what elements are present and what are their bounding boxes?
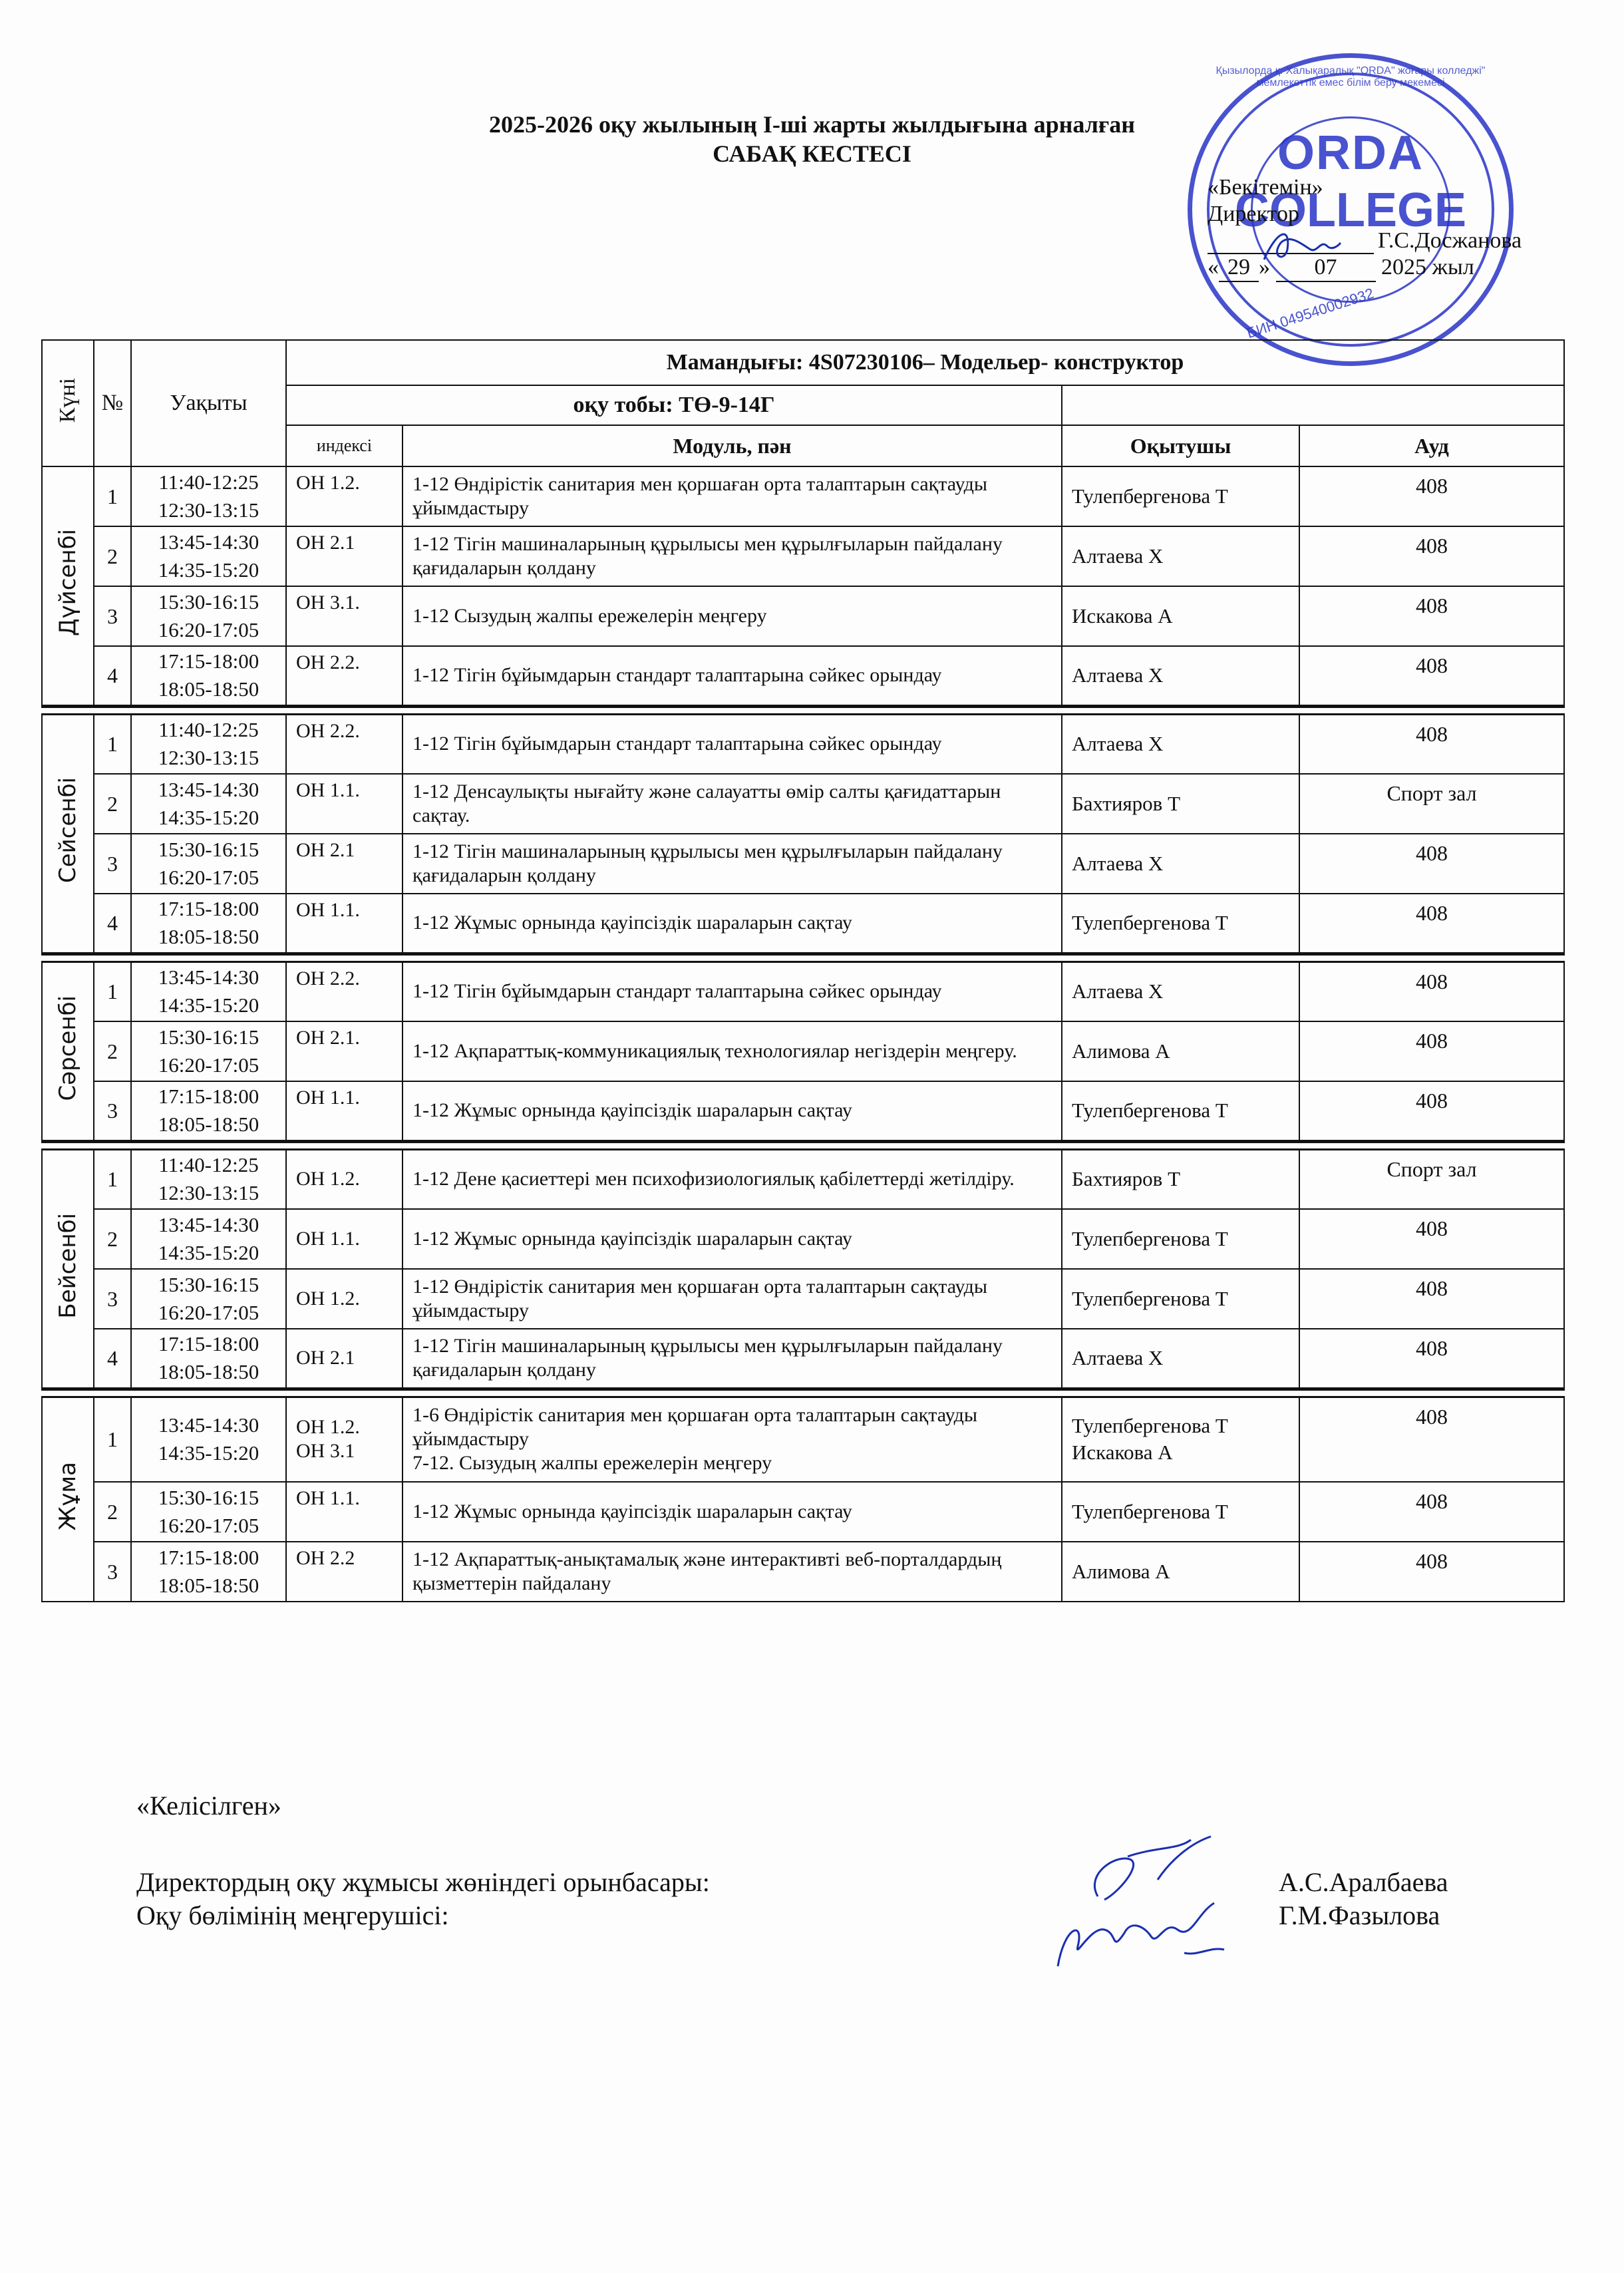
lesson-index: ОН 1.1. <box>286 774 403 834</box>
lesson-room: 408 <box>1299 714 1564 774</box>
lesson-teacher: Искакова А <box>1062 586 1299 646</box>
time-slot-1: 13:45-14:30 <box>132 1211 285 1239</box>
lesson-subject: 1-12 Тігін машиналарының құрылысы мен құ… <box>403 1329 1062 1389</box>
lesson-number: 2 <box>94 526 131 586</box>
lesson-room: 408 <box>1299 1081 1564 1141</box>
time-slot-2: 18:05-18:50 <box>132 1111 285 1138</box>
column-header-subject: Модуль, пән <box>403 425 1062 466</box>
column-header-room: Ауд <box>1299 425 1564 466</box>
lesson-room: 408 <box>1299 526 1564 586</box>
lesson-time: 13:45-14:3014:35-15:20 <box>131 526 286 586</box>
day-name-cell: Сейсенбі <box>42 714 94 954</box>
lesson-number: 1 <box>94 1149 131 1209</box>
director-signature-icon <box>1257 223 1344 269</box>
column-header-number: № <box>94 340 131 466</box>
lesson-time: 15:30-16:1516:20-17:05 <box>131 1482 286 1542</box>
lesson-number: 2 <box>94 1021 131 1081</box>
lesson-number: 3 <box>94 834 131 894</box>
table-row: 317:15-18:0018:05-18:50ОН 1.1.1-12 Жұмыс… <box>42 1081 1564 1141</box>
time-slot-1: 15:30-16:15 <box>132 1023 285 1051</box>
lesson-index: ОН 1.2. <box>286 1149 403 1209</box>
lesson-time: 13:45-14:3014:35-15:20 <box>131 774 286 834</box>
lesson-subject: 1-12 Сызудың жалпы ережелерін меңгеру <box>403 586 1062 646</box>
agreed-label: «Келісілген» <box>136 1790 281 1822</box>
lesson-subject: 1-12 Ақпараттық-анықтамалық және интерак… <box>403 1542 1062 1602</box>
lesson-teacher: Тулепбергенова Т <box>1062 894 1299 954</box>
lesson-room: 408 <box>1299 1329 1564 1389</box>
lesson-teacher: Тулепбергенова Т <box>1062 1081 1299 1141</box>
lesson-subject: 1-12 Өндірістік санитария мен қоршаған о… <box>403 1269 1062 1329</box>
time-slot-2: 16:20-17:05 <box>132 616 285 644</box>
lesson-index: ОН 1.2. <box>286 466 403 526</box>
approval-block: «Бекітемін» Директор Г.С.Досжанова «29» … <box>1208 174 1522 282</box>
day-name-cell: Бейсенбі <box>42 1149 94 1389</box>
lesson-time: 15:30-16:1516:20-17:05 <box>131 586 286 646</box>
time-slot-1: 13:45-14:30 <box>132 528 285 556</box>
time-slot-2: 14:35-15:20 <box>132 1239 285 1267</box>
lesson-time: 15:30-16:1516:20-17:05 <box>131 834 286 894</box>
lesson-subject: 1-12 Тігін бұйымдарын стандарт талаптары… <box>403 646 1062 706</box>
lesson-teacher: Алимова А <box>1062 1021 1299 1081</box>
lesson-teacher: Алимова А <box>1062 1542 1299 1602</box>
lesson-subject: 1-12 Тігін машиналарының құрылысы мен құ… <box>403 834 1062 894</box>
day-separator <box>42 706 1564 714</box>
lesson-index: ОН 1.1. <box>286 1081 403 1141</box>
lesson-subject: 1-12 Жұмыс орнында қауіпсіздік шараларын… <box>403 1209 1062 1269</box>
lesson-number: 4 <box>94 894 131 954</box>
deputy-signature-icon <box>1078 1833 1237 1906</box>
time-slot-2: 12:30-13:15 <box>132 496 285 524</box>
time-slot-1: 15:30-16:15 <box>132 1484 285 1512</box>
day-name-cell: Сәрсенбі <box>42 962 94 1141</box>
lesson-number: 3 <box>94 1269 131 1329</box>
lesson-time: 17:15-18:0018:05-18:50 <box>131 1542 286 1602</box>
lesson-room: 408 <box>1299 834 1564 894</box>
table-row: 215:30-16:1516:20-17:05ОН 2.1.1-12 Ақпар… <box>42 1021 1564 1081</box>
lesson-time: 17:15-18:0018:05-18:50 <box>131 1329 286 1389</box>
day-name-cell: Дүйсенбі <box>42 466 94 706</box>
time-slot-1: 15:30-16:15 <box>132 588 285 616</box>
table-row: 213:45-14:3014:35-15:20ОН 1.1.1-12 Жұмыс… <box>42 1209 1564 1269</box>
table-row: Сәрсенбі113:45-14:3014:35-15:20ОН 2.2.1-… <box>42 962 1564 1021</box>
lesson-number: 1 <box>94 1397 131 1482</box>
lesson-room: 408 <box>1299 1397 1564 1482</box>
lesson-subject: 1-12 Жұмыс орнында қауіпсіздік шараларын… <box>403 1482 1062 1542</box>
lesson-room: 408 <box>1299 1269 1564 1329</box>
lesson-room: 408 <box>1299 1542 1564 1602</box>
lesson-teacher: Тулепбергенова Т <box>1062 1482 1299 1542</box>
stamp-ring-text: Қызылорда қ. Халықаралық "ORDA" жоғары к… <box>1198 65 1504 89</box>
document-title: 2025-2026 оқу жылының І-ші жарты жылдығы… <box>0 110 1624 168</box>
lesson-subject: 1-12 Тігін машиналарының құрылысы мен құ… <box>403 526 1062 586</box>
lesson-number: 4 <box>94 1329 131 1389</box>
time-slot-1: 15:30-16:15 <box>132 1271 285 1299</box>
lesson-teacher: Алтаева Х <box>1062 714 1299 774</box>
lesson-teacher: Тулепбергенова Т Искакова А <box>1062 1397 1299 1482</box>
table-row: 417:15-18:0018:05-18:50ОН 2.2.1-12 Тігін… <box>42 646 1564 706</box>
lesson-index: ОН 2.2 <box>286 1542 403 1602</box>
time-slot-1: 17:15-18:00 <box>132 1083 285 1111</box>
lesson-number: 1 <box>94 466 131 526</box>
table-row: 417:15-18:0018:05-18:50ОН 1.1.1-12 Жұмыс… <box>42 894 1564 954</box>
day-separator <box>42 954 1564 962</box>
time-slot-2: 14:35-15:20 <box>132 1439 285 1467</box>
lesson-index: ОН 2.1 <box>286 1329 403 1389</box>
time-slot-2: 18:05-18:50 <box>132 1358 285 1386</box>
time-slot-2: 14:35-15:20 <box>132 556 285 584</box>
lesson-room: Спорт зал <box>1299 1149 1564 1209</box>
approval-signature-row: Г.С.Досжанова <box>1208 228 1522 254</box>
schedule-body: Дүйсенбі111:40-12:2512:30-13:15ОН 1.2.1-… <box>42 466 1564 1602</box>
lesson-number: 1 <box>94 962 131 1021</box>
time-slot-1: 15:30-16:15 <box>132 836 285 864</box>
title-line-2: САБАҚ КЕСТЕСІ <box>0 139 1624 168</box>
column-header-teacher: Оқытушы <box>1062 425 1299 466</box>
column-header-index: индексі <box>286 425 403 466</box>
time-slot-2: 14:35-15:20 <box>132 804 285 832</box>
lesson-index: ОН 2.1 <box>286 526 403 586</box>
table-row: Сейсенбі111:40-12:2512:30-13:15ОН 2.2.1-… <box>42 714 1564 774</box>
table-row: 213:45-14:3014:35-15:20ОН 2.11-12 Тігін … <box>42 526 1564 586</box>
time-slot-2: 18:05-18:50 <box>132 923 285 951</box>
approval-year: 2025 жыл <box>1381 255 1474 279</box>
time-slot-1: 13:45-14:30 <box>132 1411 285 1439</box>
deputy-title: Директордың оқу жұмысы жөніндегі орынбас… <box>136 1866 710 1898</box>
head-title: Оқу бөлімінің меңгерушісі: <box>136 1900 449 1932</box>
day-separator <box>42 1389 1564 1397</box>
approval-label: «Бекітемін» <box>1208 174 1522 201</box>
lesson-subject: 1-12 Өндірістік санитария мен қоршаған о… <box>403 466 1062 526</box>
time-slot-1: 17:15-18:00 <box>132 1544 285 1572</box>
lesson-time: 17:15-18:0018:05-18:50 <box>131 646 286 706</box>
time-slot-2: 12:30-13:15 <box>132 744 285 772</box>
table-row: 213:45-14:3014:35-15:20ОН 1.1.1-12 Денса… <box>42 774 1564 834</box>
lesson-index: ОН 2.1. <box>286 1021 403 1081</box>
time-slot-1: 17:15-18:00 <box>132 647 285 675</box>
lesson-index: ОН 1.1. <box>286 1209 403 1269</box>
lesson-time: 15:30-16:1516:20-17:05 <box>131 1269 286 1329</box>
lesson-number: 1 <box>94 714 131 774</box>
lesson-number: 4 <box>94 646 131 706</box>
lesson-time: 17:15-18:0018:05-18:50 <box>131 894 286 954</box>
table-row: 315:30-16:1516:20-17:05ОН 3.1.1-12 Сызуд… <box>42 586 1564 646</box>
head-name: Г.М.Фазылова <box>1279 1900 1440 1932</box>
lesson-room: 408 <box>1299 894 1564 954</box>
table-row: Бейсенбі111:40-12:2512:30-13:15ОН 1.2.1-… <box>42 1149 1564 1209</box>
time-slot-2: 12:30-13:15 <box>132 1179 285 1207</box>
lesson-index: ОН 1.1. <box>286 1482 403 1542</box>
time-slot-2: 18:05-18:50 <box>132 1572 285 1600</box>
lesson-index: ОН 1.2. <box>286 1269 403 1329</box>
lesson-teacher: Алтаева Х <box>1062 646 1299 706</box>
title-line-1: 2025-2026 оқу жылының І-ші жарты жылдығы… <box>489 111 1135 138</box>
head-signature-icon <box>1051 1900 1237 1973</box>
time-slot-2: 16:20-17:05 <box>132 1051 285 1079</box>
day-name-cell: Жұма <box>42 1397 94 1602</box>
lesson-index: ОН 3.1. <box>286 586 403 646</box>
lesson-subject: 1-12 Ақпараттық-коммуникациялық технолог… <box>403 1021 1062 1081</box>
lesson-teacher: Тулепбергенова Т <box>1062 1269 1299 1329</box>
lesson-room: Спорт зал <box>1299 774 1564 834</box>
approver-name: Г.С.Досжанова <box>1378 228 1522 253</box>
lesson-index: ОН 2.2. <box>286 714 403 774</box>
lesson-teacher: Алтаева Х <box>1062 834 1299 894</box>
lesson-time: 15:30-16:1516:20-17:05 <box>131 1021 286 1081</box>
lesson-subject: 1-12 Тігін бұйымдарын стандарт талаптары… <box>403 714 1062 774</box>
lesson-index: ОН 2.2. <box>286 646 403 706</box>
lesson-time: 11:40-12:2512:30-13:15 <box>131 466 286 526</box>
time-slot-1: 11:40-12:25 <box>132 716 285 744</box>
time-slot-2: 14:35-15:20 <box>132 991 285 1019</box>
column-header-time: Уақыты <box>131 340 286 466</box>
lesson-index: ОН 1.2. ОН 3.1 <box>286 1397 403 1482</box>
lesson-teacher: Бахтияров Т <box>1062 1149 1299 1209</box>
lesson-room: 408 <box>1299 466 1564 526</box>
lesson-subject: 1-12 Жұмыс орнында қауіпсіздік шараларын… <box>403 894 1062 954</box>
lesson-teacher: Алтаева Х <box>1062 1329 1299 1389</box>
lesson-number: 2 <box>94 1482 131 1542</box>
time-slot-2: 16:20-17:05 <box>132 864 285 892</box>
lesson-room: 408 <box>1299 586 1564 646</box>
lesson-index: ОН 2.1 <box>286 834 403 894</box>
time-slot-1: 17:15-18:00 <box>132 1330 285 1358</box>
lesson-teacher: Алтаева Х <box>1062 526 1299 586</box>
lesson-room: 408 <box>1299 962 1564 1021</box>
lesson-number: 3 <box>94 1542 131 1602</box>
lesson-time: 13:45-14:3014:35-15:20 <box>131 1209 286 1269</box>
table-row: 317:15-18:0018:05-18:50ОН 2.21-12 Ақпара… <box>42 1542 1564 1602</box>
lesson-subject: 1-6 Өндірістік санитария мен қоршаған ор… <box>403 1397 1062 1482</box>
table-row: 315:30-16:1516:20-17:05ОН 1.2.1-12 Өндір… <box>42 1269 1564 1329</box>
lesson-teacher: Тулепбергенова Т <box>1062 1209 1299 1269</box>
schedule-table: Күні № Уақыты Мамандығы: 4S07230106– Мод… <box>41 339 1565 1602</box>
group-header: оқу тобы: ТӨ-9-14Г <box>286 385 1062 425</box>
lesson-room: 408 <box>1299 1482 1564 1542</box>
lesson-subject: 1-12 Тігін бұйымдарын стандарт талаптары… <box>403 962 1062 1021</box>
time-slot-1: 13:45-14:30 <box>132 776 285 804</box>
lesson-subject: 1-12 Денсаулықты нығайту және салауатты … <box>403 774 1062 834</box>
lesson-room: 408 <box>1299 646 1564 706</box>
lesson-room: 408 <box>1299 1209 1564 1269</box>
lesson-subject: 1-12 Дене қасиеттері мен психофизиология… <box>403 1149 1062 1209</box>
lesson-time: 13:45-14:3014:35-15:20 <box>131 962 286 1021</box>
time-slot-1: 11:40-12:25 <box>132 468 285 496</box>
lesson-room: 408 <box>1299 1021 1564 1081</box>
table-row: 315:30-16:1516:20-17:05ОН 2.11-12 Тігін … <box>42 834 1564 894</box>
approval-day: 29 <box>1219 254 1259 282</box>
lesson-number: 3 <box>94 1081 131 1141</box>
lesson-index: ОН 1.1. <box>286 894 403 954</box>
time-slot-1: 11:40-12:25 <box>132 1151 285 1179</box>
stamp-bin: БИН 049540002932 <box>1245 285 1376 342</box>
lesson-number: 3 <box>94 586 131 646</box>
lesson-time: 13:45-14:3014:35-15:20 <box>131 1397 286 1482</box>
specialty-header: Мамандығы: 4S07230106– Модельер- констру… <box>286 340 1564 385</box>
lesson-number: 2 <box>94 1209 131 1269</box>
approval-date: «29» 07 2025 жыл <box>1208 254 1522 282</box>
lesson-number: 2 <box>94 774 131 834</box>
lesson-time: 11:40-12:2512:30-13:15 <box>131 1149 286 1209</box>
lesson-index: ОН 2.2. <box>286 962 403 1021</box>
lesson-teacher: Тулепбергенова Т <box>1062 466 1299 526</box>
deputy-name: А.С.Аралбаева <box>1279 1866 1448 1898</box>
table-row: Дүйсенбі111:40-12:2512:30-13:15ОН 1.2.1-… <box>42 466 1564 526</box>
lesson-teacher: Алтаева Х <box>1062 962 1299 1021</box>
day-separator <box>42 1141 1564 1149</box>
time-slot-2: 16:20-17:05 <box>132 1512 285 1540</box>
lesson-time: 17:15-18:0018:05-18:50 <box>131 1081 286 1141</box>
time-slot-1: 13:45-14:30 <box>132 963 285 991</box>
lesson-subject: 1-12 Жұмыс орнында қауіпсіздік шараларын… <box>403 1081 1062 1141</box>
time-slot-2: 18:05-18:50 <box>132 675 285 703</box>
time-slot-1: 17:15-18:00 <box>132 895 285 923</box>
table-row: 417:15-18:0018:05-18:50ОН 2.11-12 Тігін … <box>42 1329 1564 1389</box>
lesson-time: 11:40-12:2512:30-13:15 <box>131 714 286 774</box>
lesson-teacher: Бахтияров Т <box>1062 774 1299 834</box>
approval-position: Директор <box>1208 201 1522 228</box>
group-header-empty <box>1062 385 1564 425</box>
column-header-day: Күні <box>42 340 94 466</box>
table-row: Жұма113:45-14:3014:35-15:20ОН 1.2. ОН 3.… <box>42 1397 1564 1482</box>
table-row: 215:30-16:1516:20-17:05ОН 1.1.1-12 Жұмыс… <box>42 1482 1564 1542</box>
time-slot-2: 16:20-17:05 <box>132 1299 285 1327</box>
